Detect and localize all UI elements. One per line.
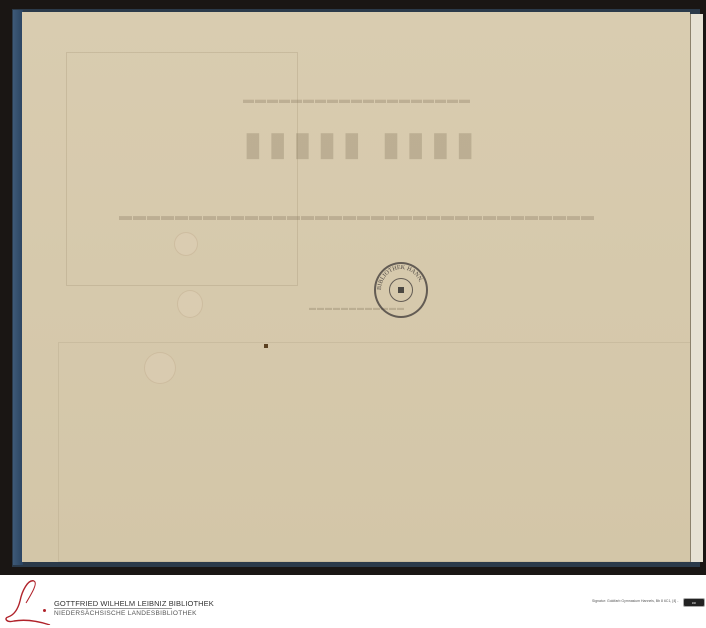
shelfmark-signature: Signatur: Goldfarb Gymnasium Hannels, Bb… [592,599,678,603]
foxing-spot [174,232,198,256]
show-through-line-1: ▬▬▬▬▬▬▬▬▬▬▬▬▬▬▬▬▬▬▬ [22,94,690,106]
show-through-title: ▮▮▮▮ ▮▮▮▮▮ [22,124,690,164]
foxing-spot [144,352,176,384]
show-through-line-3: ▬▬▬▬▬▬▬▬▬▬▬▬▬▬▬▬▬▬▬▬▬▬▬▬▬▬▬▬▬▬▬▬▬▬ [22,208,690,224]
library-name: GOTTFRIED WILHELM LEIBNIZ BIBLIOTHEK [54,599,214,608]
library-name-divider [54,608,172,609]
library-stamp: BIBLIOTHEK HANN. [374,262,428,318]
cc-license-badge-icon[interactable]: cc [683,598,705,607]
paper-speck [264,344,268,348]
facing-page-edge [690,14,703,562]
show-through-line-4: ▬▬▬▬▬▬▬▬▬▬▬▬ [22,304,690,312]
library-logo-icon[interactable] [4,577,58,625]
library-subtitle: NIEDERSÄCHSISCHE LANDESBIBLIOTHEK [54,610,197,617]
logo-dot [43,609,46,612]
foxing-spot [177,290,203,318]
endpaper-page: ▬▬▬▬▬▬▬▬▬▬▬▬▬▬▬▬▬▬▬ ▮▮▮▮ ▮▮▮▮▮ ▬▬▬▬▬▬▬▬▬… [22,12,690,562]
stamp-inner-ring [389,278,413,302]
stamp-center-mark [398,287,404,293]
scan-image: ▬▬▬▬▬▬▬▬▬▬▬▬▬▬▬▬▬▬▬ ▮▮▮▮ ▮▮▮▮▮ ▬▬▬▬▬▬▬▬▬… [0,0,706,575]
viewer-footer: GOTTFRIED WILHELM LEIBNIZ BIBLIOTHEK NIE… [0,575,706,628]
